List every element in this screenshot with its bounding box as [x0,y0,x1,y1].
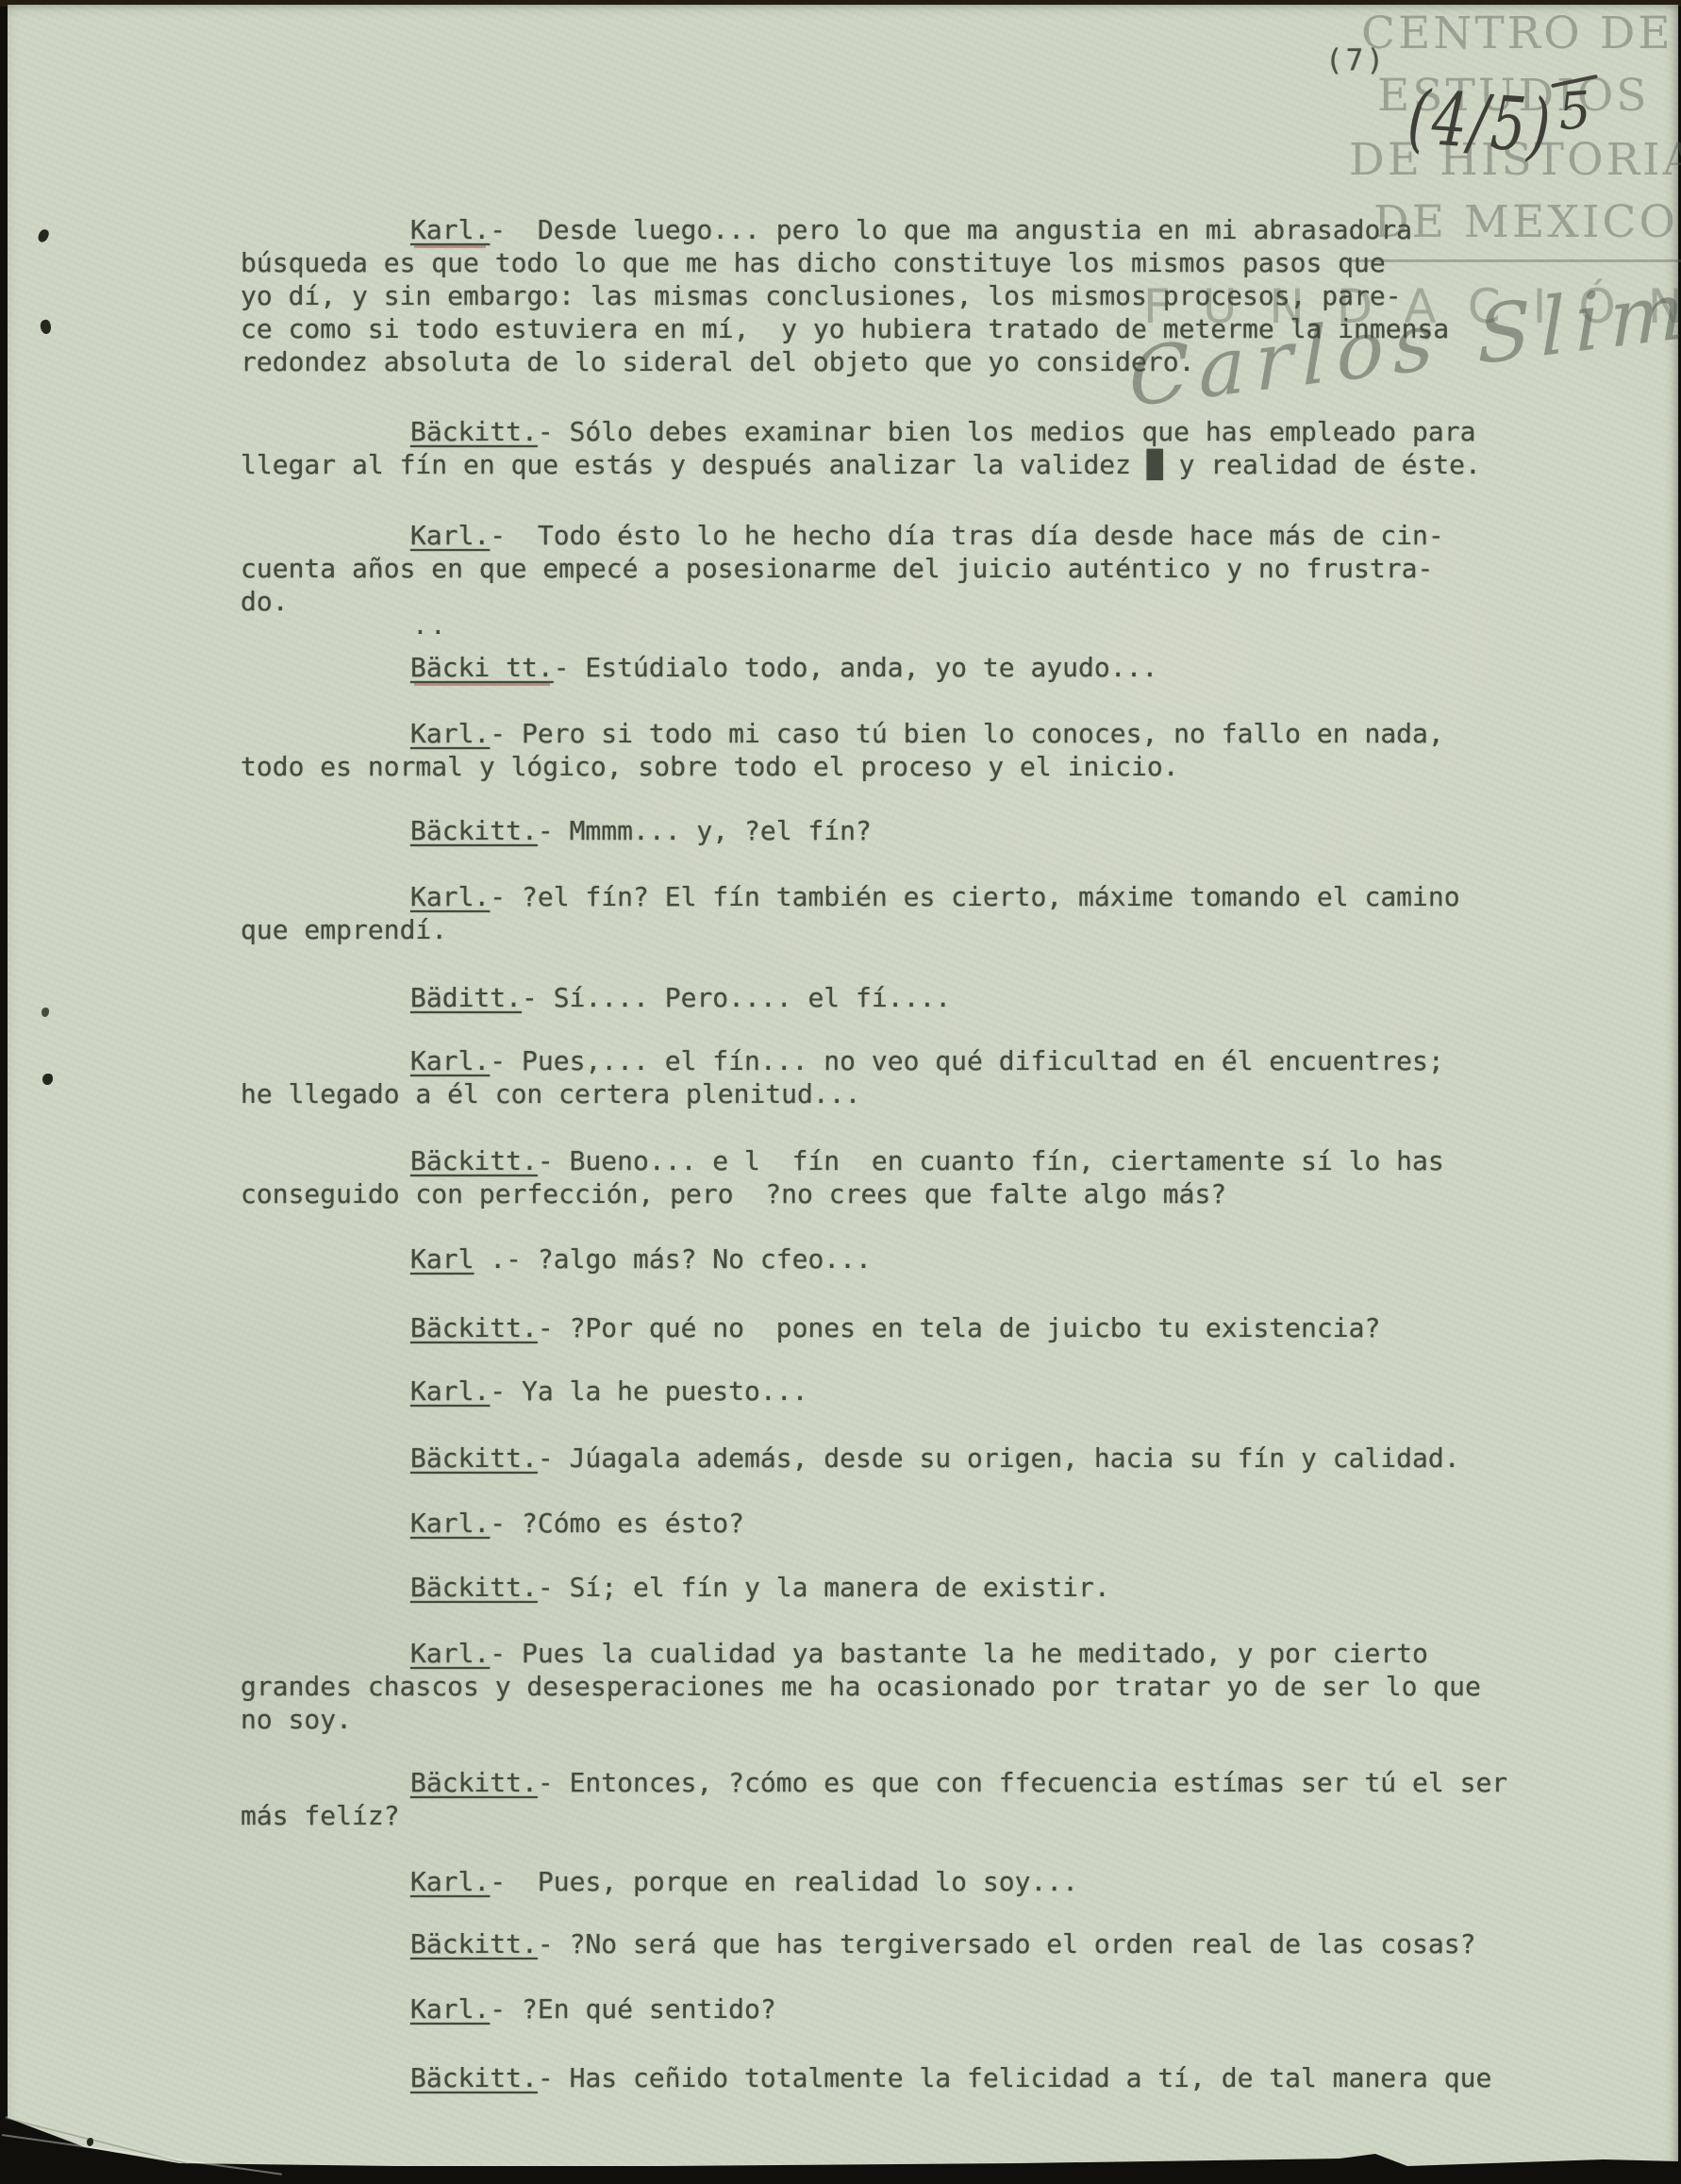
dialogue-paragraph: Karl.- Pues,... el fín... no veo qué dif… [241,1044,1608,1110]
dialogue-text: - ?En qué sentido? [490,1993,775,2025]
dialogue-line: Bäcki tt.- Estúdialo todo, anda, yo te a… [241,651,1608,684]
dialogue-text: - Ya la he puesto... [490,1375,807,1407]
speaker-name: Karl. [410,1045,490,1076]
dialogue-line: he llegado a él con certera plenitud... [241,1077,1608,1110]
dialogue-line: Karl.- Todo ésto lo he hecho día tras dí… [241,519,1608,552]
dialogue-line: Karl.- ?el fín? El fín también es cierto… [241,880,1608,913]
dialogue-line: redondez absoluta de lo sideral del obje… [241,345,1608,378]
dialogue-text: - Pues, porque en realidad lo soy... [490,1866,1078,1897]
speaker-name: Bäckitt. [410,1312,538,1343]
speaker-name: Karl. [410,214,490,245]
dialogue-line: Bäditt.- Sí.... Pero.... el fí.... [241,981,1608,1014]
dialogue-line: Bäckitt.- Bueno... e l fín en cuanto fín… [241,1144,1608,1177]
dialogue-line: Bäckitt.- Júagala además, desde su orige… [241,1442,1608,1475]
dialogue-paragraph: Bäckitt.- Sí; el fín y la manera de exis… [241,1571,1608,1604]
speaker-name: Bäckitt. [410,1767,538,1798]
handwritten-number: 5 [1556,80,1593,142]
dialogue-line: Karl.- ?Cómo es ésto? [241,1507,1608,1540]
dialogue-text: - Pues,... el fín... no veo qué dificult… [490,1045,1443,1076]
paper-hole-mark [37,228,50,244]
speaker-name: Bäckitt. [410,1928,538,1959]
dialogue-paragraph: Karl.- ?En qué sentido? [241,1992,1608,2026]
dialogue-text: - Todo ésto lo he hecho día tras día des… [490,520,1443,551]
dialogue-paragraph: Bäckitt.- Has ceñido totalmente la felic… [241,2061,1608,2094]
handwritten-fraction: (4/5) [1406,74,1556,170]
speaker-name: Karl. [410,881,490,912]
dialogue-paragraph: Bäckitt.- Entonces, ?cómo es que con ffe… [241,1766,1608,1832]
dialogue-paragraph: Bäckitt.- Sólo debes examinar bien los m… [241,415,1608,481]
speaker-name: Bäckitt. [410,1145,538,1176]
dialogue-text: - Mmmm... y, ?el fín? [538,815,872,846]
dialogue-paragraph: Karl .- ?algo más? No cfeo... [241,1242,1608,1275]
speaker-name: Bäditt. [410,982,522,1013]
dialogue-paragraph: Bäckitt.- Bueno... e l fín en cuanto fín… [241,1144,1608,1210]
dialogue-line: que emprendí. [241,913,1608,946]
dialogue-paragraph: Bäckitt.- ?No será que has tergiversado … [241,1927,1608,1960]
dialogue-line: Bäckitt.- Mmmm... y, ?el fín? [241,814,1608,847]
dialogue-line: Karl.- Pues, porque en realidad lo soy..… [241,1865,1608,1898]
speaker-name: Karl. [410,1993,490,2025]
speaker-name: Bäckitt. [410,1442,538,1474]
dialogue-paragraph: Karl.- Pero si todo mi caso tú bien lo c… [241,717,1608,783]
speaker-name: Karl. [410,1866,490,1897]
paper-hole-mark [39,319,53,335]
dialogue-text: - Desde luego... pero lo que ma angustia… [490,214,1412,245]
dialogue-paragraph: Karl.- ?Cómo es ésto? [241,1507,1608,1540]
dialogue-text: .- ?algo más? No cfeo... [474,1243,871,1275]
dialogue-paragraph: Bäckitt.- Júagala además, desde su orige… [241,1442,1608,1475]
dialogue-text: - Sí; el fín y la manera de existir. [538,1572,1110,1603]
paper-hole-mark [87,2138,93,2146]
dialogue-line: do. [241,585,1608,618]
paper-hole-mark [42,1074,53,1085]
dialogue-line: Bäckitt.- Sólo debes examinar bien los m… [241,415,1608,448]
dialogue-line: conseguido con perfección, pero ?no cree… [241,1177,1608,1210]
speaker-name: Karl. [410,1508,490,1539]
dialogue-text: - Bueno... e l fín en cuanto fín, cierta… [538,1145,1444,1176]
dialogue-text: - Sólo debes examinar bien los medios qu… [538,416,1476,447]
speaker-name: Karl [410,1243,474,1275]
dialogue-text: - ?No será que has tergiversado el orden… [538,1928,1476,1959]
dialogue-line: Bäckitt.- ?No será que has tergiversado … [241,1927,1608,1960]
dialogue-text: - Júagala además, desde su origen, hacia… [538,1442,1460,1474]
dialogue-line: Karl.- Ya la he puesto... [241,1375,1608,1408]
dialogue-text: - ?Por qué no pones en tela de juicbo tu… [538,1312,1380,1343]
speaker-name: Karl. [410,520,490,551]
dialogue-line: todo es normal y lógico, sobre todo el p… [241,750,1608,783]
dialogue-line: más felíz? [241,1799,1608,1832]
dialogue-line: Bäckitt.- ?Por qué no pones en tela de j… [241,1311,1608,1344]
dialogue-line: llegar al fín en que estás y después ana… [241,448,1608,481]
dialogue-paragraph: Karl.- Pues la cualidad ya bastante la h… [241,1637,1608,1736]
dialogue-text: - Pero si todo mi caso tú bien lo conoce… [490,718,1443,749]
dialogue-text: - Estúdialo todo, anda, yo te ayudo... [554,652,1158,683]
dialogue-line: Karl.- Pues,... el fín... no veo qué dif… [241,1044,1608,1077]
speaker-name: Karl. [410,1375,490,1407]
bottom-left-fold-highlight [2,2134,282,2176]
dialogue-text: - Pues la cualidad ya bastante la he med… [490,1638,1428,1669]
dialogue-text: - Entonces, ?cómo es que con ffecuencia … [538,1767,1507,1798]
watermark-line: CENTRO DE [1361,8,1673,59]
speaker-name: Bäckitt. [410,2062,538,2093]
dialogue-paragraph: Karl.- Desde luego... pero lo que ma ang… [241,213,1608,378]
dialogue-line: no soy. [241,1703,1608,1736]
dialogue-text: - ?el fín? El fín también es cierto, máx… [490,881,1459,912]
speaker-name: Bäckitt. [410,1572,538,1603]
dialogue-line: Karl.- Pues la cualidad ya bastante la h… [241,1637,1608,1670]
dialogue-paragraph: Bäcki tt.- Estúdialo todo, anda, yo te a… [241,651,1608,684]
dialogue-paragraph: Bäckitt.- ?Por qué no pones en tela de j… [241,1311,1608,1344]
dialogue-paragraph: Karl.- ?el fín? El fín también es cierto… [241,880,1608,946]
speaker-name: Karl. [410,1638,490,1669]
dialogue-paragraph: Bäckitt.- Mmmm... y, ?el fín? [241,814,1608,847]
paper-hole-mark [42,1008,49,1017]
dialogue-line: ce como si todo estuviera en mí, y yo hu… [241,312,1608,345]
typed-page-number: (7) [1325,43,1387,77]
speaker-name: Karl. [410,718,490,749]
dialogue-line: cuenta años en que empecé a posesionarme… [241,552,1608,585]
dialogue-text: - Sí.... Pero.... el fí.... [522,982,951,1013]
dialogue-line: yo dí, y sin embargo: las mismas conclus… [241,279,1608,312]
speaker-name: Bäckitt. [410,416,538,447]
dialogue-line: Karl.- ?En qué sentido? [241,1992,1608,2026]
dialogue-paragraph: Bäditt.- Sí.... Pero.... el fí.... [241,981,1608,1014]
dialogue-line: Karl.- Desde luego... pero lo que ma ang… [241,213,1608,246]
dialogue-line: Karl.- Pero si todo mi caso tú bien lo c… [241,717,1608,750]
speaker-name: Bäckitt. [410,815,538,846]
dialogue-line: grandes chascos y desesperaciones me ha … [241,1670,1608,1703]
dialogue-line: Karl .- ?algo más? No cfeo... [241,1242,1608,1275]
dialogue-line: Bäckitt.- Sí; el fín y la manera de exis… [241,1571,1608,1604]
dialogue-text: - ?Cómo es ésto? [490,1508,744,1539]
photo-edge-top [0,0,1681,7]
dialogue-line: Bäckitt.- Entonces, ?cómo es que con ffe… [241,1766,1608,1799]
dialogue-paragraph: Karl.- Pues, porque en realidad lo soy..… [241,1865,1608,1898]
dialogue-line: Bäckitt.- Has ceñido totalmente la felic… [241,2061,1608,2094]
dialogue-text: - Has ceñido totalmente la felicidad a t… [538,2062,1491,2093]
dialogue-paragraph: Karl.- Ya la he puesto... [241,1375,1608,1408]
dialogue-line: búsqueda es que todo lo que me has dicho… [241,246,1608,279]
dialogue-paragraph: Karl.- Todo ésto lo he hecho día tras dí… [241,519,1608,618]
speaker-name: Bäcki tt. [410,652,554,683]
